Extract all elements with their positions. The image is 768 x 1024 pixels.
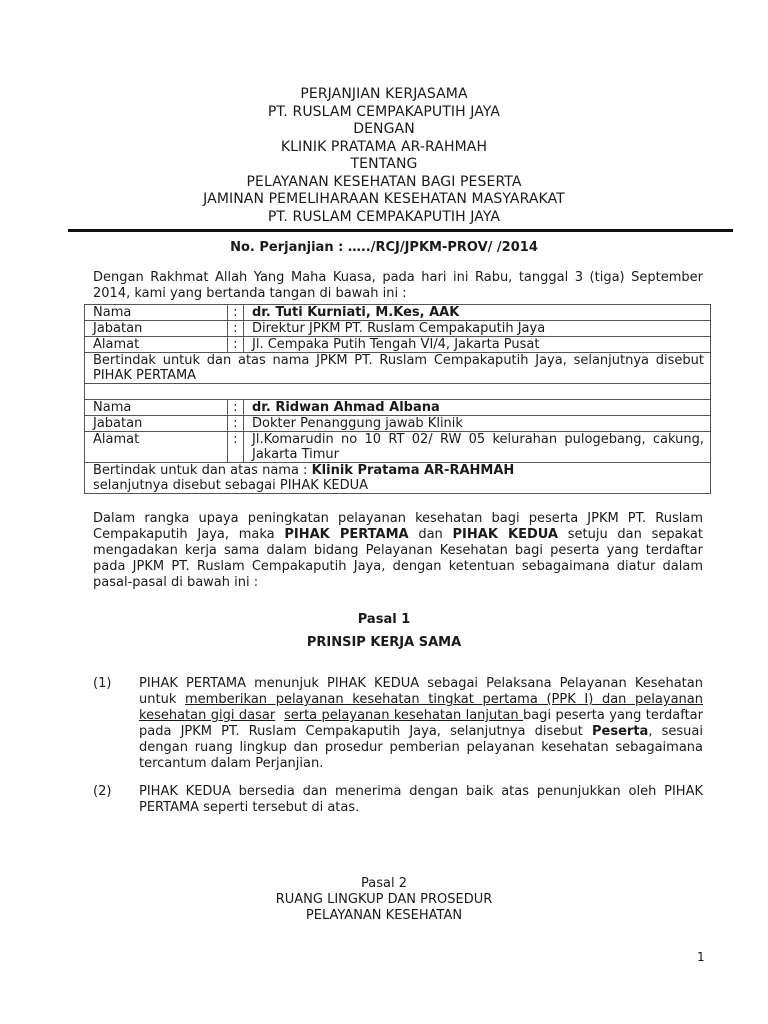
- pasal-2-subheading-line: RUANG LINGKUP DAN PROSEDUR: [0, 892, 768, 908]
- colon: :: [228, 337, 244, 353]
- colon: :: [228, 432, 244, 463]
- party-two-name: dr. Ridwan Ahmad Albana: [244, 400, 711, 416]
- intro-text: dan: [409, 527, 453, 542]
- colon: :: [228, 400, 244, 416]
- table-row: Bertindak untuk dan atas nama JPKM PT. R…: [85, 353, 711, 384]
- title-line: PERJANJIAN KERJASAMA: [0, 86, 768, 104]
- clause-text: PIHAK KEDUA bersedia dan menerima dengan…: [139, 784, 703, 816]
- title-line: PT. RUSLAM CEMPAKAPUTIH JAYA: [0, 104, 768, 122]
- title-line: DENGAN: [0, 121, 768, 139]
- party-one-address: Jl. Cempaka Putih Tengah VI/4, Jakarta P…: [244, 337, 711, 353]
- colon: :: [228, 305, 244, 321]
- acting-prefix: Bertindak untuk dan atas nama :: [93, 463, 312, 478]
- intro-party-two: PIHAK KEDUA: [453, 527, 558, 542]
- party-two-name-label: Nama: [85, 400, 228, 416]
- colon: :: [228, 321, 244, 337]
- acting-entity: Klinik Pratama AR-RAHMAH: [312, 463, 515, 478]
- title-line: PELAYANAN KESEHATAN BAGI PESERTA: [0, 174, 768, 192]
- table-row: Nama : dr. Ridwan Ahmad Albana: [85, 400, 711, 416]
- colon: :: [228, 416, 244, 432]
- document-title: PERJANJIAN KERJASAMA PT. RUSLAM CEMPAKAP…: [0, 86, 768, 226]
- table-row: Jabatan : Dokter Penanggung jawab Klinik: [85, 416, 711, 432]
- party-two-position-label: Jabatan: [85, 416, 228, 432]
- table-row: Jabatan : Direktur JPKM PT. Ruslam Cempa…: [85, 321, 711, 337]
- title-line: KLINIK PRATAMA AR-RAHMAH: [0, 139, 768, 157]
- empty-cell: [85, 384, 711, 400]
- party-two-acting: Bertindak untuk dan atas nama : Klinik P…: [85, 463, 711, 494]
- title-line: TENTANG: [0, 156, 768, 174]
- table-row: Alamat : Jl. Cempaka Putih Tengah VI/4, …: [85, 337, 711, 353]
- party-one-name: dr. Tuti Kurniati, M.Kes, AAK: [244, 305, 711, 321]
- clause-number: (1): [93, 676, 111, 691]
- title-line: PT. RUSLAM CEMPAKAPUTIH JAYA: [0, 209, 768, 227]
- party-two-address-label: Alamat: [85, 432, 228, 463]
- clause-underlined-text: serta pelayanan kesehatan lanjutan: [284, 708, 523, 723]
- party-one-position-label: Jabatan: [85, 321, 228, 337]
- pasal-2-heading-block: Pasal 2 RUANG LINGKUP DAN PROSEDUR PELAY…: [0, 876, 768, 924]
- clause-text-part: [275, 708, 284, 723]
- clause-number: (2): [93, 784, 111, 799]
- party-one-name-label: Nama: [85, 305, 228, 321]
- parties-table: Nama : dr. Tuti Kurniati, M.Kes, AAK Jab…: [84, 304, 711, 494]
- intro-paragraph: Dalam rangka upaya peningkatan pelayanan…: [93, 511, 703, 591]
- table-row: Nama : dr. Tuti Kurniati, M.Kes, AAK: [85, 305, 711, 321]
- document-page: PERJANJIAN KERJASAMA PT. RUSLAM CEMPAKAP…: [0, 0, 768, 1024]
- title-line: JAMINAN PEMELIHARAAN KESEHATAN MASYARAKA…: [0, 191, 768, 209]
- table-row: Alamat : Jl.Komarudin no 10 RT 02/ RW 05…: [85, 432, 711, 463]
- pasal-1-heading: Pasal 1: [0, 612, 768, 627]
- party-one-address-label: Alamat: [85, 337, 228, 353]
- agreement-number: No. Perjanjian : …../RCJ/JPKM-PROV/ /201…: [0, 240, 768, 255]
- intro-party-one: PIHAK PERTAMA: [284, 527, 408, 542]
- party-two-address: Jl.Komarudin no 10 RT 02/ RW 05 keluraha…: [244, 432, 711, 463]
- acting-suffix: selanjutnya disebut sebagai PIHAK KEDUA: [93, 478, 368, 493]
- party-one-acting: Bertindak untuk dan atas nama JPKM PT. R…: [85, 353, 711, 384]
- clause-text: PIHAK PERTAMA menunjuk PIHAK KEDUA sebag…: [139, 676, 703, 772]
- page-number: 1: [697, 950, 705, 964]
- pasal-2-subheading-line: PELAYANAN KESEHATAN: [0, 908, 768, 924]
- clause-bold-term: Peserta: [592, 724, 648, 739]
- table-row-spacer: [85, 384, 711, 400]
- party-two-position: Dokter Penanggung jawab Klinik: [244, 416, 711, 432]
- pasal-2-heading: Pasal 2: [0, 876, 768, 892]
- title-divider: [68, 229, 733, 232]
- pasal-1-subheading: PRINSIP KERJA SAMA: [0, 635, 768, 650]
- opening-paragraph: Dengan Rakhmat Allah Yang Maha Kuasa, pa…: [93, 270, 703, 302]
- party-one-position: Direktur JPKM PT. Ruslam Cempakaputih Ja…: [244, 321, 711, 337]
- table-row: Bertindak untuk dan atas nama : Klinik P…: [85, 463, 711, 494]
